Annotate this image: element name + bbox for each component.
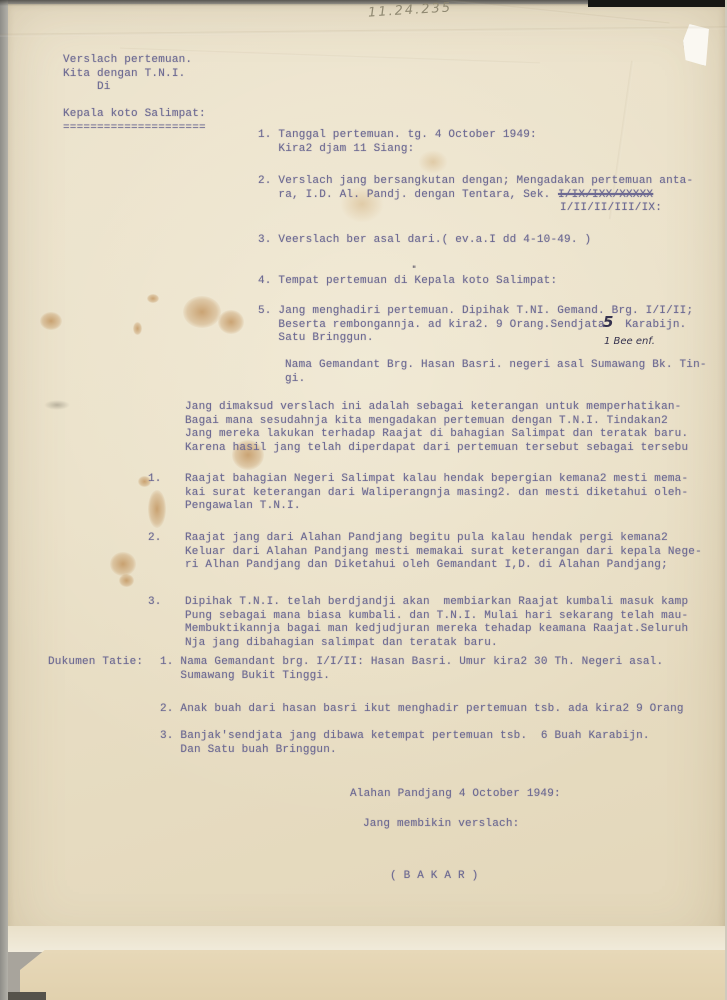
signature-line: ( B A K A R ): [390, 870, 478, 884]
dukumen-item-3: 3. Banjak'sendjata jang dibawa ketempat …: [160, 730, 650, 757]
item-3: 3. Veerslach ber asal dari.( ev.a.I dd 4…: [258, 234, 591, 248]
handwritten-mark: ": [412, 265, 416, 275]
point-1-number: 1.: [148, 473, 162, 487]
point-2-number: 2.: [148, 532, 162, 546]
commander-name-line: Nama Gemandant Brg. Hasan Basri. negeri …: [285, 359, 707, 386]
item-4: 4. Tempat pertemuan di Kepala koto Salim…: [258, 275, 557, 289]
scan-edge-top-dark: [588, 0, 727, 7]
item-1: 1. Tanggal pertemuan. tg. 4 October 1949…: [258, 129, 537, 156]
scan-edge-left: [0, 0, 8, 1000]
place-date-line: Alahan Pandjang 4 October 1949:: [350, 788, 561, 802]
dukumen-item-2: 2. Anak buah dari hasan basri ikut mengh…: [160, 703, 684, 717]
point-3: Dipihak T.N.I. telah berdjandji akan mem…: [185, 596, 688, 650]
paper-bottom-edge: [7, 926, 725, 952]
point-2: Raajat jang dari Alahan Pandjang begitu …: [185, 532, 702, 573]
doc-header: Verslach pertemuan. Kita dengan T.N.I. D…: [63, 54, 192, 95]
point-1: Raajat bahagian Negeri Salimpat kalau he…: [185, 473, 688, 514]
addressee-block: Kepala koto Salimpat: ==================…: [63, 108, 206, 135]
pencil-smudge: [44, 400, 70, 410]
corrected-roman: I/II/II/III/IX:: [560, 202, 662, 216]
dukumen-label: Dukumen Tatie:: [48, 656, 143, 670]
preamble-paragraph: Jang dimaksud verslach ini adalah sebaga…: [185, 401, 688, 455]
author-line: Jang membikin verslach:: [363, 818, 519, 832]
handwritten-note: 1 Bee enf.: [604, 336, 655, 347]
struck-text: I/IX/IXX/XXXXX: [558, 189, 653, 203]
backing-sheet: [20, 950, 727, 1000]
scanned-document: 11.24.235 Verslach pertemuan. Kita denga…: [0, 0, 727, 1000]
point-3-number: 3.: [148, 596, 162, 610]
dukumen-item-1: 1. Nama Gemandant brg. I/I/II: Hasan Bas…: [160, 656, 663, 683]
handwritten-count: 5: [603, 313, 613, 331]
